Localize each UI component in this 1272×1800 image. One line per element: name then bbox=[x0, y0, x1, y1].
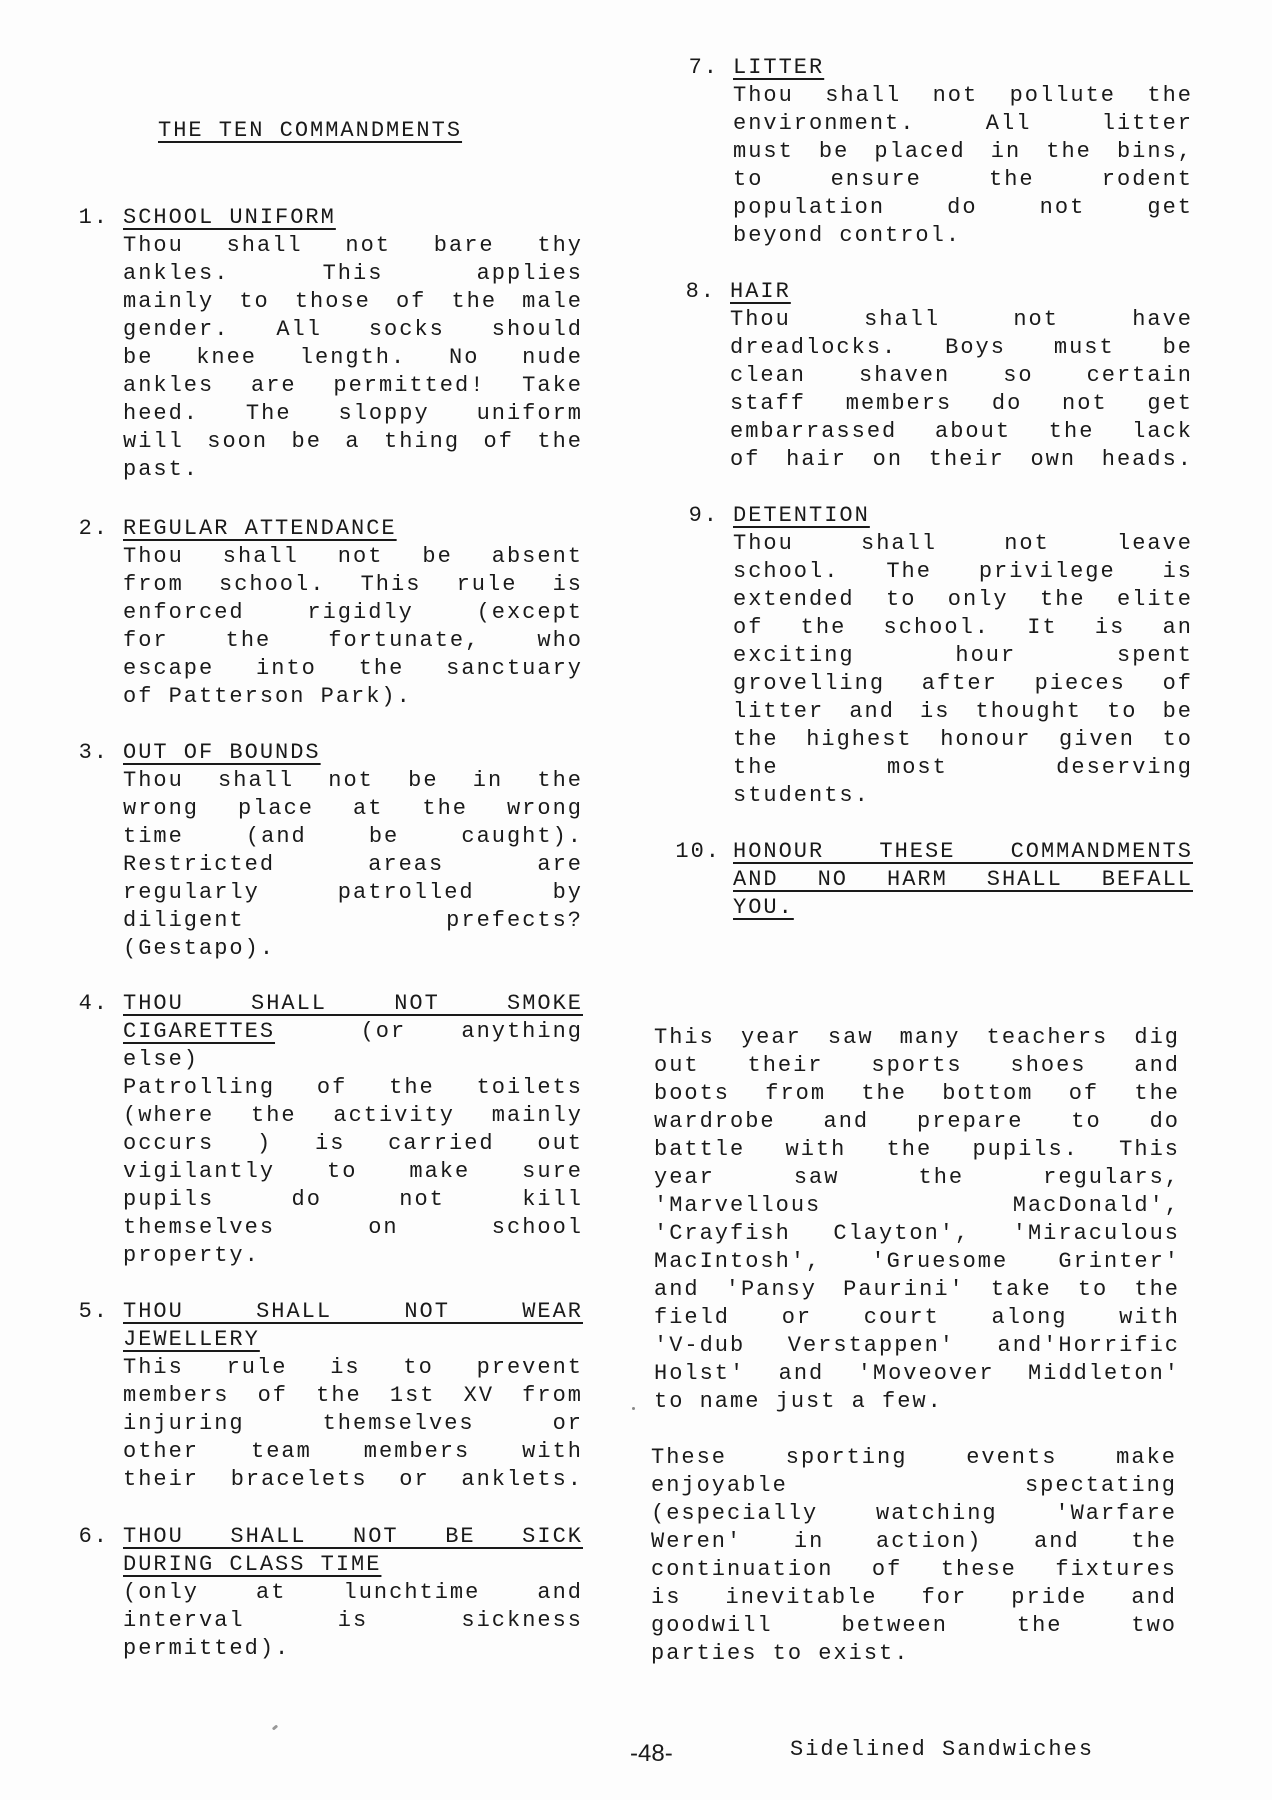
body-line: Thou shall not be absent bbox=[123, 543, 583, 571]
paragraph-line: is inevitable for pride and bbox=[651, 1584, 1177, 1612]
body-line: to ensure the rodent bbox=[733, 166, 1193, 194]
body-line: diligent prefects? bbox=[123, 907, 583, 935]
body-line: dreadlocks. Boys must be bbox=[730, 334, 1193, 362]
commandment-heading: AND NO HARM SHALL BEFALL bbox=[733, 866, 1193, 894]
commandment-7: 7. LITTER Thou shall not pollute the env… bbox=[733, 54, 1193, 250]
body-line: school. The privilege is bbox=[733, 558, 1193, 586]
body-line: beyond control. bbox=[733, 222, 1193, 250]
commandment-2: 2. REGULAR ATTENDANCE Thou shall not be … bbox=[123, 515, 583, 711]
body-line: from school. This rule is bbox=[123, 571, 583, 599]
commandment-8: 8. HAIR Thou shall not have dreadlocks. … bbox=[730, 278, 1193, 474]
body-line: This rule is to prevent bbox=[123, 1354, 583, 1382]
commandment-heading: HONOUR THESE COMMANDMENTS bbox=[733, 838, 1193, 866]
body-line: regularly patrolled by bbox=[123, 879, 583, 907]
paragraph-line: These sporting events make bbox=[651, 1444, 1177, 1472]
footer-caption: Sidelined Sandwiches bbox=[790, 1737, 1094, 1762]
body-line: clean shaven so certain bbox=[730, 362, 1193, 390]
body-line: other team members with bbox=[123, 1438, 583, 1466]
commandment-heading: THOU SHALL NOT WEAR bbox=[123, 1298, 583, 1326]
body-line: Restricted areas are bbox=[123, 851, 583, 879]
paragraph-line: MacIntosh', 'Gruesome Grinter' bbox=[654, 1248, 1180, 1276]
body-line: Thou shall not bare thy bbox=[123, 232, 583, 260]
body-line: else) bbox=[123, 1046, 583, 1074]
commandment-heading: DETENTION bbox=[733, 503, 870, 528]
body-line: staff members do not get bbox=[730, 390, 1193, 418]
scan-speck bbox=[632, 1407, 635, 1410]
paragraph-line: battle with the pupils. This bbox=[654, 1136, 1180, 1164]
commandment-4: 4. THOU SHALL NOT SMOKE CIGARETTES (or a… bbox=[123, 990, 583, 1270]
body-line: extended to only the elite bbox=[733, 586, 1193, 614]
document-page: THE TEN COMMANDMENTS 1. SCHOOL UNIFORM T… bbox=[0, 0, 1272, 1800]
paragraph-line: wardrobe and prepare to do bbox=[654, 1108, 1180, 1136]
commandment-heading: OUT OF BOUNDS bbox=[123, 740, 321, 765]
body-line: population do not get bbox=[733, 194, 1193, 222]
body-line: Thou shall not be in the bbox=[123, 767, 583, 795]
commandment-heading: LITTER bbox=[733, 55, 824, 80]
commandment-number: 4. bbox=[63, 990, 109, 1018]
paragraph-line: Weren' in action) and the bbox=[651, 1528, 1177, 1556]
body-line: Thou shall not leave bbox=[733, 530, 1193, 558]
body-line: of Patterson Park). bbox=[123, 683, 583, 711]
commandment-1: 1. SCHOOL UNIFORM Thou shall not bare th… bbox=[123, 204, 583, 484]
body-line: mainly to those of the male bbox=[123, 288, 583, 316]
body-line: Thou shall not pollute the bbox=[733, 82, 1193, 110]
commandment-number: 6. bbox=[63, 1523, 109, 1551]
paragraph-line: 'Crayfish Clayton', 'Miraculous bbox=[654, 1220, 1180, 1248]
body-line: for the fortunate, who bbox=[123, 627, 583, 655]
commandment-heading: JEWELLERY bbox=[123, 1327, 260, 1352]
body-line: embarrassed about the lack bbox=[730, 418, 1193, 446]
commandment-number: 2. bbox=[63, 515, 109, 543]
body-line: of hair on their own heads. bbox=[730, 446, 1193, 474]
paragraph-line: boots from the bottom of the bbox=[654, 1080, 1180, 1108]
body-line: escape into the sanctuary bbox=[123, 655, 583, 683]
scan-speck bbox=[272, 1724, 279, 1730]
body-line: gender. All socks should bbox=[123, 316, 583, 344]
body-line: litter and is thought to be bbox=[733, 698, 1193, 726]
commandment-5: 5. THOU SHALL NOT WEAR JEWELLERY This ru… bbox=[123, 1298, 583, 1494]
body-line: (only at lunchtime and bbox=[123, 1579, 583, 1607]
body-line: Patrolling of the toilets bbox=[123, 1074, 583, 1102]
commandment-9: 9. DETENTION Thou shall not leave school… bbox=[733, 502, 1193, 810]
body-line: must be placed in the bins, bbox=[733, 138, 1193, 166]
paragraph-line: 'V-dub Verstappen' and'Horrific bbox=[654, 1332, 1180, 1360]
commandment-number: 9. bbox=[673, 502, 719, 530]
commandment-number: 3. bbox=[63, 739, 109, 767]
commandment-number: 5. bbox=[63, 1298, 109, 1326]
commandment-number: 1. bbox=[63, 204, 109, 232]
body-line: enforced rigidly (except bbox=[123, 599, 583, 627]
commandment-3: 3. OUT OF BOUNDS Thou shall not be in th… bbox=[123, 739, 583, 963]
body-line: the highest honour given to bbox=[733, 726, 1193, 754]
paragraph-line: field or court along with bbox=[654, 1304, 1180, 1332]
body-line: heed. The sloppy uniform bbox=[123, 400, 583, 428]
body-line: grovelling after pieces of bbox=[733, 670, 1193, 698]
commandment-10: 10. HONOUR THESE COMMANDMENTS AND NO HAR… bbox=[733, 838, 1193, 922]
commandment-6: 6. THOU SHALL NOT BE SICK DURING CLASS T… bbox=[123, 1523, 583, 1663]
commandment-heading: HAIR bbox=[730, 279, 791, 304]
paragraph-line: and 'Pansy Paurini' take to the bbox=[654, 1276, 1180, 1304]
commandment-heading: THOU SHALL NOT BE SICK bbox=[123, 1523, 583, 1551]
paragraph-line: 'Marvellous MacDonald', bbox=[654, 1192, 1180, 1220]
page-number: -48- bbox=[630, 1740, 673, 1768]
body-line: be knee length. No nude bbox=[123, 344, 583, 372]
paragraph-line: Holst' and 'Moveover Middleton' bbox=[654, 1360, 1180, 1388]
paragraph-line: year saw the regulars, bbox=[654, 1164, 1180, 1192]
commandment-heading: YOU. bbox=[733, 895, 794, 920]
paragraph-line: (especially watching 'Warfare bbox=[651, 1500, 1177, 1528]
body-line: (where the activity mainly bbox=[123, 1102, 583, 1130]
commandment-heading: SCHOOL UNIFORM bbox=[123, 205, 336, 230]
body-line: permitted). bbox=[123, 1635, 583, 1663]
commandment-heading: CIGARETTES bbox=[123, 1018, 275, 1046]
commandment-number: 10. bbox=[665, 838, 721, 866]
body-line: (Gestapo). bbox=[123, 935, 583, 963]
commandment-heading: DURING CLASS TIME bbox=[123, 1552, 381, 1577]
commandment-number: 7. bbox=[673, 54, 719, 82]
body-line: students. bbox=[733, 782, 1193, 810]
body-line: Thou shall not have bbox=[730, 306, 1193, 334]
paragraph-line: enjoyable spectating bbox=[651, 1472, 1177, 1500]
body-line: occurs ) is carried out bbox=[123, 1130, 583, 1158]
body-line: injuring themselves or bbox=[123, 1410, 583, 1438]
sports-paragraph-2: These sporting events make enjoyable spe… bbox=[651, 1444, 1177, 1668]
body-line: time (and be caught). bbox=[123, 823, 583, 851]
paragraph-line: This year saw many teachers dig bbox=[654, 1024, 1180, 1052]
body-line: members of the 1st XV from bbox=[123, 1382, 583, 1410]
body-line: interval is sickness bbox=[123, 1607, 583, 1635]
paragraph-line: out their sports shoes and bbox=[654, 1052, 1180, 1080]
body-line: themselves on school bbox=[123, 1214, 583, 1242]
paragraph-line: continuation of these fixtures bbox=[651, 1556, 1177, 1584]
paragraph-line: goodwill between the two bbox=[651, 1612, 1177, 1640]
body-line: property. bbox=[123, 1242, 583, 1270]
body-line: the most deserving bbox=[733, 754, 1193, 782]
body-line: ankles are permitted! Take bbox=[123, 372, 583, 400]
body-line: wrong place at the wrong bbox=[123, 795, 583, 823]
body-line: exciting hour spent bbox=[733, 642, 1193, 670]
sports-paragraph-1: This year saw many teachers dig out thei… bbox=[654, 1024, 1180, 1416]
commandment-heading: REGULAR ATTENDANCE bbox=[123, 516, 397, 541]
body-line: environment. All litter bbox=[733, 110, 1193, 138]
page-title: THE TEN COMMANDMENTS bbox=[158, 118, 462, 143]
body-line: pupils do not kill bbox=[123, 1186, 583, 1214]
body-line: their bracelets or anklets. bbox=[123, 1466, 583, 1494]
commandment-heading: THOU SHALL NOT SMOKE bbox=[123, 990, 583, 1018]
body-line: vigilantly to make sure bbox=[123, 1158, 583, 1186]
body-line: past. bbox=[123, 456, 583, 484]
body-line: ankles. This applies bbox=[123, 260, 583, 288]
body-line: of the school. It is an bbox=[733, 614, 1193, 642]
paragraph-line: parties to exist. bbox=[651, 1640, 1177, 1668]
heading-suffix: (or anything bbox=[361, 1018, 583, 1046]
paragraph-line: to name just a few. bbox=[654, 1388, 1180, 1416]
body-line: will soon be a thing of the bbox=[123, 428, 583, 456]
commandment-number: 8. bbox=[670, 278, 716, 306]
